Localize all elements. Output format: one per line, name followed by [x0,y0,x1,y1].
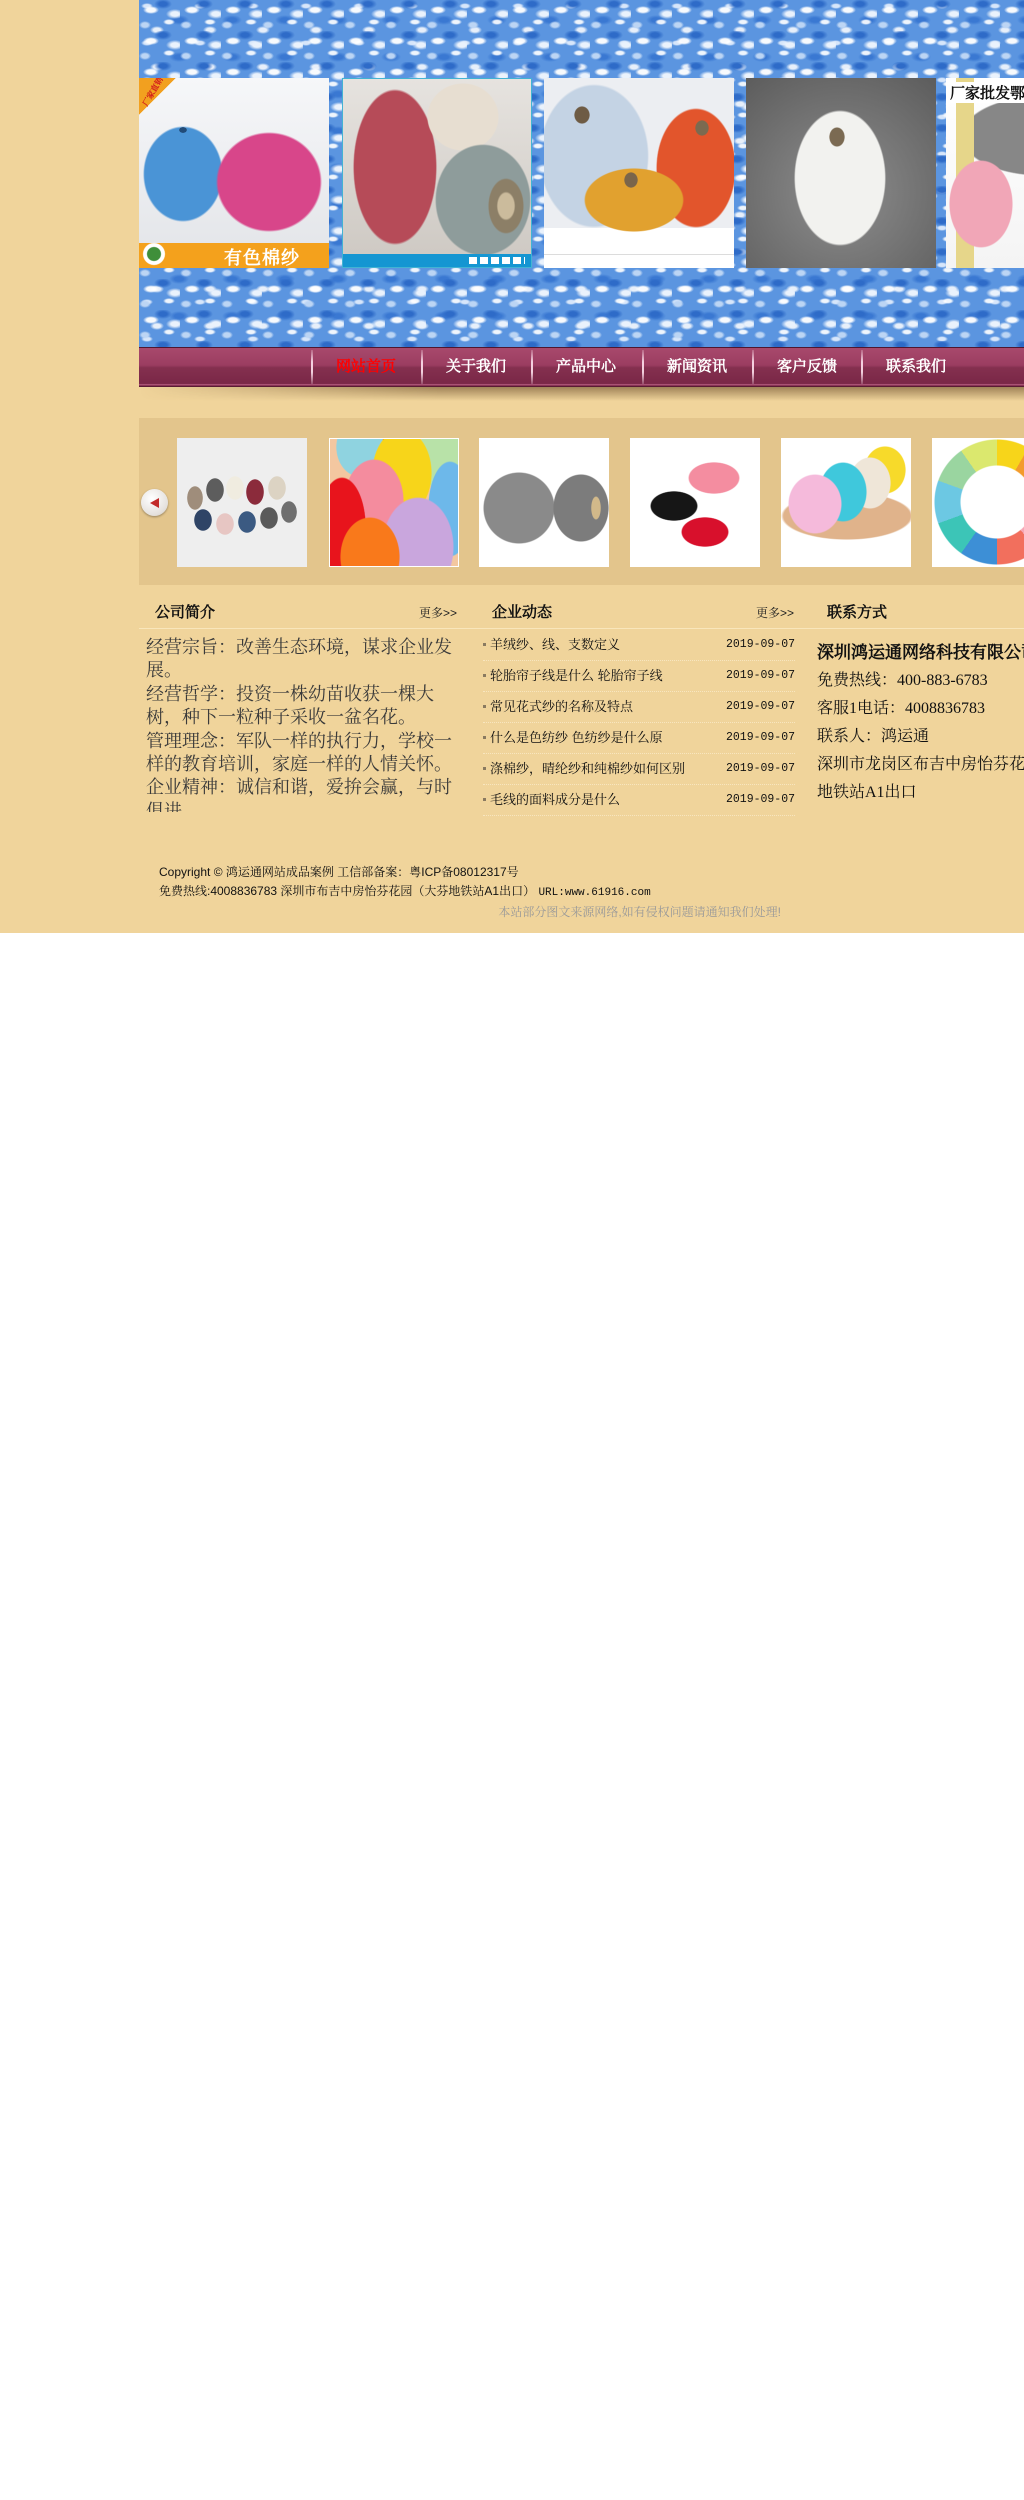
address: 深圳市龙岗区布吉中房怡芬花园（大芬地铁站A1出口 [817,751,1024,807]
panel-title: 联系方式 [827,597,887,629]
main-nav: 网站首页 关于我们 产品中心 新闻资讯 客户反馈 联系我们 [139,347,1024,387]
panel-title: 企业动态 [492,597,552,629]
hotline: 免费热线：400-883-6783 [817,667,1024,695]
footer-address: 深圳市布吉中房怡芬花园（大芬地铁站A1出口） [280,884,535,898]
banner-image-white-cone [746,78,936,268]
news-item[interactable]: 羊绒纱、线、支数定义 2019-09-07 [483,630,795,661]
news-title[interactable]: 涤棉纱，晴纶纱和纯棉纱如何区别 [490,754,685,784]
panel-header: 企业动态 更多>> [475,597,810,629]
banner-image-colored-cotton-yarn: 厂家直销 有色棉纱 [139,78,329,268]
contact-info: 深圳鸿运通网络科技有限公司 免费热线：400-883-6783 客服1电话：40… [817,639,1024,807]
news-item[interactable]: 涤棉纱，晴纶纱和纯棉纱如何区别 2019-09-07 [483,754,795,785]
banner-image-wool-balls: 厂家批发鄂尔 [946,78,1024,268]
news-date: 2019-09-07 [726,692,795,722]
company-intro-panel: 公司简介 更多>> 经营宗旨：改善生态环境，谋求企业发展。 经营哲学：投资一株幼… [139,597,475,817]
company-name: 深圳鸿运通网络科技有限公司 [817,639,1024,667]
certification-icons [469,257,525,264]
product-image-pastel-yarn-tray[interactable] [781,438,911,567]
footer-url-link[interactable]: URL:www.61916.com [538,887,650,899]
intro-paragraph: 经营宗旨：改善生态环境，谋求企业发展。 [146,636,454,683]
news-title[interactable]: 什么是色纺纱 色纺纱是什么原 [490,723,663,753]
nav-item-home[interactable]: 网站首页 [311,348,421,386]
banner-image-yarn-cones [342,78,532,268]
footer-hotline: 免费热线:4008836783 [159,884,277,898]
page-container: 厂家直销 有色棉纱 厂家批发鄂尔 网站首页 关于我们 产品中心 新闻资讯 客户反… [139,0,1024,933]
news-title[interactable]: 毛线的面料成分是什么 [490,785,620,815]
news-item[interactable]: 什么是色纺纱 色纺纱是什么原 2019-09-07 [483,723,795,754]
bullet-icon [483,736,486,739]
contact-panel: 联系方式 深圳鸿运通网络科技有限公司 免费热线：400-883-6783 客服1… [810,597,1024,817]
news-title[interactable]: 轮胎帘子线是什么 轮胎帘子线 [490,661,663,691]
bullet-icon [483,767,486,770]
news-title[interactable]: 羊绒纱、线、支数定义 [490,630,620,660]
more-link[interactable]: 更多>> [756,597,794,629]
panel-header: 联系方式 [810,597,1024,629]
footer-copyright-line: Copyright © 鸿运通网站成品案例 工信部备案：粤ICP备0801231… [159,863,781,882]
intro-paragraph: 经营哲学：投资一株幼苗收获一棵大树，种下一粒种子采收一盆名花。 [146,683,454,730]
company-news-panel: 企业动态 更多>> 羊绒纱、线、支数定义 2019-09-07 轮胎帘子线是什么… [475,597,810,817]
nav-item-feedback[interactable]: 客户反馈 [752,348,862,386]
news-item[interactable]: 常见花式纱的名称及特点 2019-09-07 [483,692,795,723]
news-item[interactable]: 轮胎帘子线是什么 轮胎帘子线 2019-09-07 [483,661,795,692]
site-name-link[interactable]: 鸿运通网站成品案例 [226,865,334,879]
news-date: 2019-09-07 [726,630,795,660]
footer-disclaimer: 本站部分图文来源网络,如有侵权问题请通知我们处理! [159,903,781,922]
copyright-text: Copyright © [159,865,223,879]
nav-item-contact[interactable]: 联系我们 [861,348,971,386]
banner-ribbon-text: 厂家直销 [140,78,166,108]
nav-item-products[interactable]: 产品中心 [531,348,641,386]
footer: Copyright © 鸿运通网站成品案例 工信部备案：粤ICP备0801231… [159,863,781,922]
product-image-gray-cones[interactable] [479,438,609,567]
banner-caption: 厂家批发鄂尔 [950,82,1024,103]
product-scroller [139,418,1024,585]
bullet-icon [483,798,486,801]
header-banner: 厂家直销 有色棉纱 厂家批发鄂尔 [139,0,1024,347]
news-date: 2019-09-07 [726,723,795,753]
intro-paragraph: 管理理念：军队一样的执行力，学校一样的教育培训，家庭一样的人情关怀。 [146,730,454,777]
company-intro-text: 经营宗旨：改善生态环境，谋求企业发展。 经营哲学：投资一株幼苗收获一棵大树，种下… [146,636,454,812]
news-item[interactable]: 毛线的面料成分是什么 2019-09-07 [483,785,795,816]
service-phone: 客服1电话：4008836783 [817,695,1024,723]
bullet-icon [483,674,486,677]
product-image-rainbow-yarn-ring[interactable] [932,438,1024,567]
nav-item-about[interactable]: 关于我们 [421,348,531,386]
footer-contact-line: 免费热线:4008836783 深圳市布吉中房怡芬花园（大芬地铁站A1出口） U… [159,882,781,903]
bullet-icon [483,643,486,646]
news-date: 2019-09-07 [726,785,795,815]
banner-image-colored-cones [544,78,734,268]
intro-paragraph: 企业精神：诚信和谐，爱拚会赢，与时俱进。 [146,776,454,812]
bullet-icon [483,705,486,708]
banner-caption: 有色棉纱 [224,244,300,268]
product-image-colorful-cones[interactable] [329,438,459,567]
contact-person: 联系人：鸿运通 [817,723,1024,751]
chevron-left-icon[interactable] [141,489,168,516]
product-image-yarn-balls[interactable] [630,438,760,567]
panel-title: 公司简介 [155,597,215,629]
news-title[interactable]: 常见花式纱的名称及特点 [490,692,633,722]
news-date: 2019-09-07 [726,754,795,784]
nav-shadow [139,387,1024,401]
news-list: 羊绒纱、线、支数定义 2019-09-07 轮胎帘子线是什么 轮胎帘子线 201… [483,630,795,816]
product-image-tweed-yarn-balls[interactable] [177,438,307,567]
news-date: 2019-09-07 [726,661,795,691]
more-link[interactable]: 更多>> [419,597,457,629]
nav-item-news[interactable]: 新闻资讯 [642,348,752,386]
panel-header: 公司简介 更多>> [139,597,475,629]
icp-link[interactable]: 工信部备案：粤ICP备08012317号 [337,865,518,879]
